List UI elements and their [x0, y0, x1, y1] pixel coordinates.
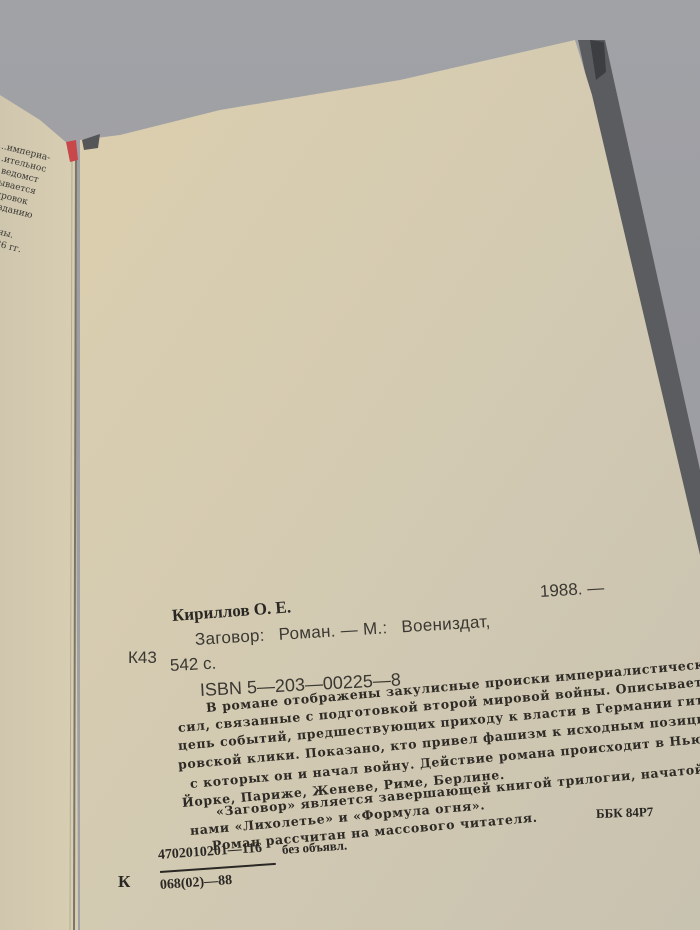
genre-publisher: Роман. — М.:	[278, 618, 388, 644]
library-code: К43	[128, 648, 157, 668]
imprint-block: Кириллов О. Е. Заговор:Роман. — М.:Воени…	[0, 0, 700, 930]
fraction-bar	[160, 863, 276, 873]
fraction-bottom: 068(02)—88	[159, 873, 232, 894]
page-count: 542 с.	[169, 654, 216, 676]
publication-year: 1988. —	[539, 578, 604, 602]
k-letter: К	[118, 872, 130, 892]
fraction-top: 4702010201—116	[157, 841, 262, 864]
author-name: Кириллов О. Е.	[171, 597, 291, 626]
price-note: без объявл.	[281, 837, 347, 858]
publisher: Воениздат,	[401, 612, 491, 636]
book-title: Заговор:	[194, 626, 265, 649]
photo-scene: ...империа- ...ительнос ...ведомст ...ыв…	[0, 0, 700, 930]
bbk-code: ББК 84Р7	[596, 804, 654, 822]
